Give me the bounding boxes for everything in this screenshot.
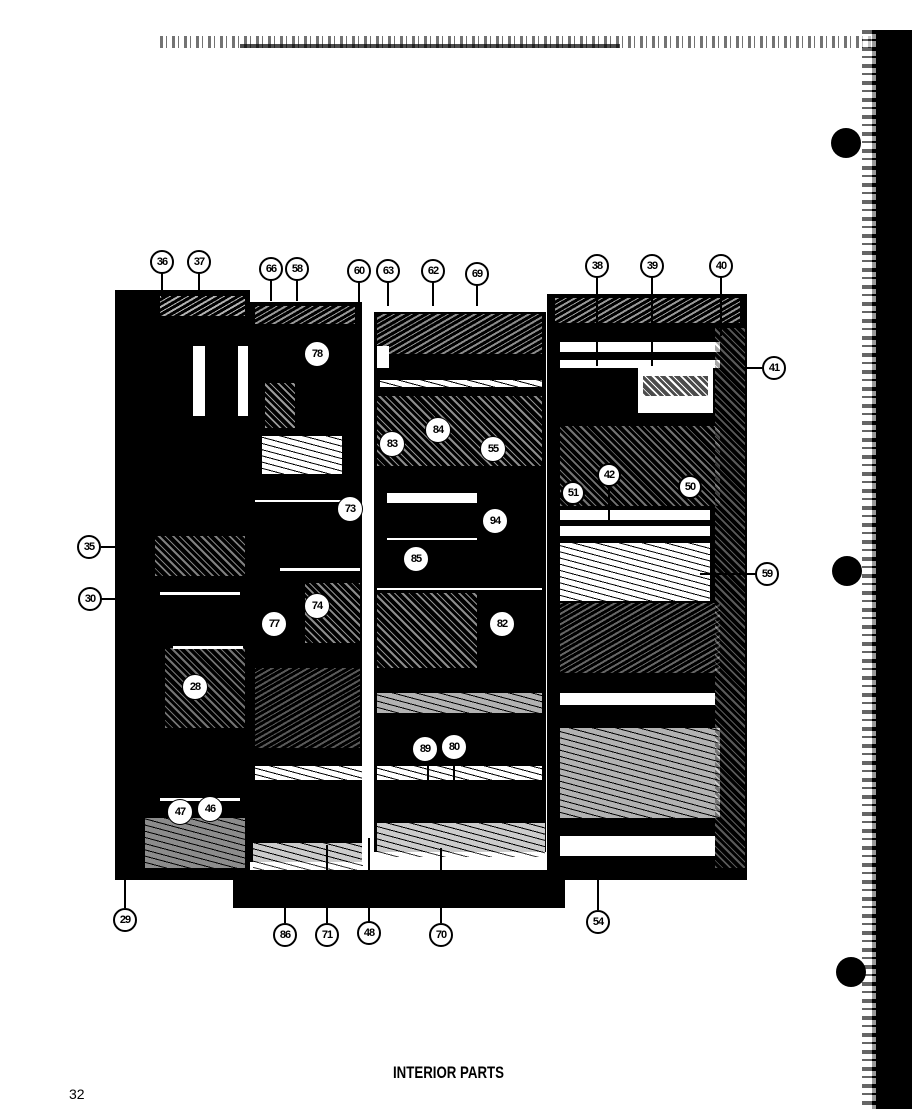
ice-tray <box>262 436 342 474</box>
callout-37: 37 <box>187 250 211 274</box>
callout-78: 78 <box>305 342 329 366</box>
callout-38: 38 <box>585 254 609 278</box>
callout-84: 84 <box>426 418 450 442</box>
center-mullion <box>362 312 374 860</box>
callout-41: 41 <box>762 356 786 380</box>
callout-36: 36 <box>150 250 174 274</box>
crisper-contents <box>377 593 477 668</box>
fresh-shelf <box>380 380 542 387</box>
door-handle-slot <box>193 346 205 416</box>
callout-77: 77 <box>262 612 286 636</box>
page-number: 32 <box>69 1086 85 1102</box>
callout-63: 63 <box>376 259 400 283</box>
callout-83: 83 <box>380 432 404 456</box>
page-edge-shadow <box>872 30 912 1109</box>
callout-30: 30 <box>78 587 102 611</box>
freezer-door <box>115 290 250 880</box>
callout-82: 82 <box>490 612 514 636</box>
callout-73: 73 <box>338 497 362 521</box>
door-shelf-bar <box>560 693 715 705</box>
callout-66: 66 <box>259 257 283 281</box>
meat-keeper-edge <box>387 538 477 540</box>
light-switch <box>377 346 389 368</box>
binder-hole <box>832 556 862 586</box>
door-bin <box>560 603 720 673</box>
callout-70: 70 <box>429 923 453 947</box>
callout-47: 47 <box>168 800 192 824</box>
door-shelf-bar <box>560 510 710 520</box>
fresh-floor <box>377 823 545 857</box>
fresh-shelf <box>377 588 542 590</box>
meat-keeper-front <box>387 493 477 503</box>
callout-51: 51 <box>561 481 585 505</box>
callout-80: 80 <box>442 735 466 759</box>
dairy-door-detail <box>643 376 708 396</box>
door-top-trim <box>160 296 245 316</box>
callout-60: 60 <box>347 259 371 283</box>
callout-29: 29 <box>113 908 137 932</box>
binder-hole <box>836 957 866 987</box>
callout-48: 48 <box>357 921 381 945</box>
diagram-caption: INTERIOR PARTS <box>393 1063 504 1083</box>
callout-40: 40 <box>709 254 733 278</box>
callout-50: 50 <box>678 475 702 499</box>
freezer-bottom-shelf <box>255 766 363 780</box>
parts-diagram-page: 36 37 66 58 60 63 62 69 38 39 40 41 78 8… <box>0 0 912 1109</box>
callout-74: 74 <box>305 594 329 618</box>
crisper-cover <box>377 693 542 713</box>
callout-94: 94 <box>483 509 507 533</box>
door-handle-slot <box>238 346 248 416</box>
callout-46: 46 <box>198 797 222 821</box>
callout-69: 69 <box>465 262 489 286</box>
door-shelf-edge <box>160 592 240 595</box>
toe-grille <box>233 870 565 908</box>
door-bin-edge <box>173 646 243 649</box>
binder-hole <box>831 128 861 158</box>
callout-55: 55 <box>481 437 505 461</box>
door-shelf-bar <box>560 526 710 536</box>
page-edge-noise <box>862 30 876 1109</box>
callout-59: 59 <box>755 562 779 586</box>
door-gasket <box>715 328 745 868</box>
control-panel-area <box>377 314 542 354</box>
callout-28: 28 <box>183 675 207 699</box>
callout-71: 71 <box>315 923 339 947</box>
callout-62: 62 <box>421 259 445 283</box>
door-bin-front <box>560 543 710 601</box>
ice-bin <box>265 383 295 428</box>
freezer-floor <box>253 843 363 873</box>
callout-39: 39 <box>640 254 664 278</box>
crisper-shelf <box>377 766 542 780</box>
callout-89: 89 <box>413 737 437 761</box>
door-bottom-bin <box>145 818 245 868</box>
fresh-shelf-contents <box>377 396 542 466</box>
callout-58: 58 <box>285 257 309 281</box>
door-bottom-bar <box>560 836 715 856</box>
scan-streak <box>240 44 620 48</box>
door-bottom-bin <box>560 728 720 818</box>
callout-42: 42 <box>597 463 621 487</box>
door-shelf <box>155 536 245 576</box>
dairy-shelf-rail <box>560 360 720 368</box>
callout-54: 54 <box>586 910 610 934</box>
callout-86: 86 <box>273 923 297 947</box>
door-top <box>555 298 740 323</box>
callout-85: 85 <box>404 547 428 571</box>
freezer-basket <box>255 668 360 748</box>
callout-35: 35 <box>77 535 101 559</box>
freezer-top <box>255 306 355 324</box>
freezer-shelf <box>280 568 360 571</box>
dairy-shelf-rail <box>560 342 720 352</box>
